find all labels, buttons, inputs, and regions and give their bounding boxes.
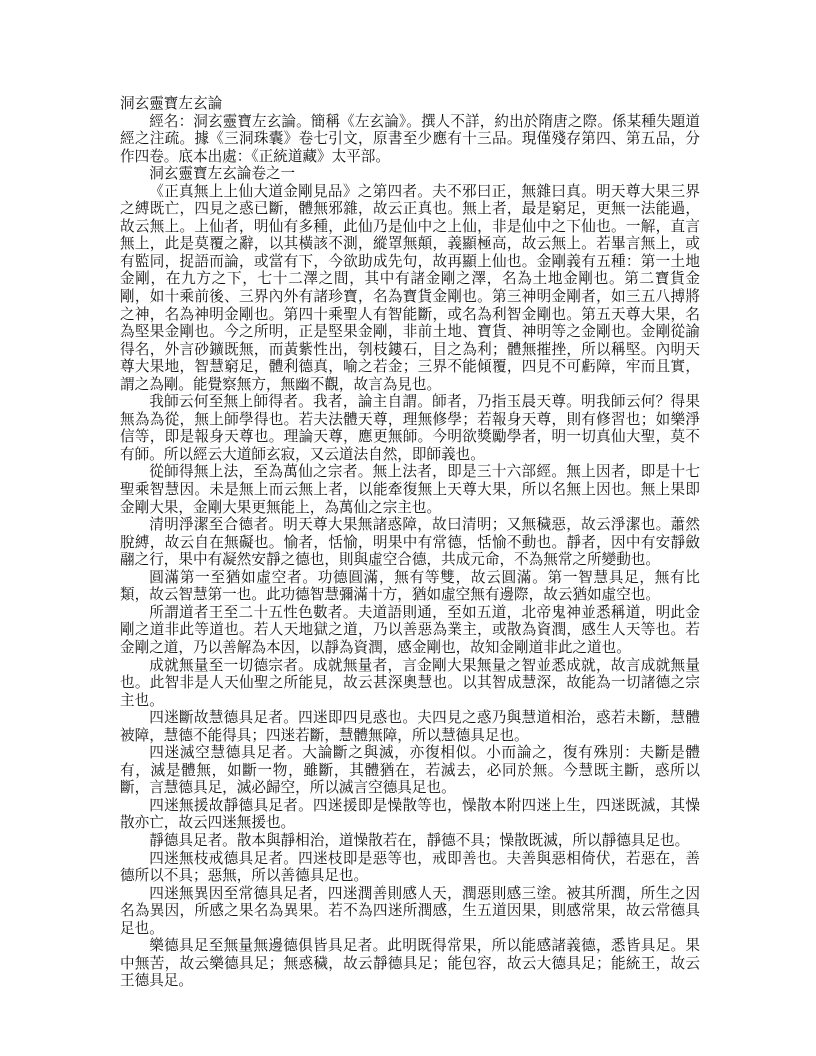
body-paragraph: 成就無量至一切德宗者。成就無量者，言金剛大果無量之智並悉成就，故言成就無量也。此… bbox=[120, 657, 700, 710]
body-paragraph: 所謂道者王至二十五性色數者。夫道語則通，至如五道，北帝鬼神並悉稱道，明此金剛之道… bbox=[120, 604, 700, 657]
body-paragraph: 樂德具足至無量無邊德俱皆具足者。此明既得常果，所以能感諸義德，悉皆具足。果中無苦… bbox=[120, 937, 700, 990]
body-paragraph: 四迷無援故靜德具足者。四迷援即是懆散等也，懆散本附四迷上生，四迷既滅，其懆散亦亡… bbox=[120, 797, 700, 832]
body-paragraph: 四迷滅空慧德具足者。大論斷之與滅，亦復相似。小而論之，復有殊別：夫斷是體有，滅是… bbox=[120, 744, 700, 797]
body-paragraph: 四迷斷故慧德具足者。四迷即四見惑也。夫四見之惑乃與慧道相治，惑若未斷，慧體被障，… bbox=[120, 709, 700, 744]
volume-heading: 洞玄靈寶左玄論卷之一 bbox=[120, 165, 700, 183]
intro-paragraph: 經名：洞玄靈寶左玄論。簡稱《左玄論》。撰人不詳，約出於隋唐之際。係某種失題道經之… bbox=[120, 113, 700, 166]
document-page: 洞玄靈寶左玄論 經名：洞玄靈寶左玄論。簡稱《左玄論》。撰人不詳，約出於隋唐之際。… bbox=[120, 95, 700, 990]
body-paragraph: 《正真無上上仙大道金剛見品》之第四者。夫不邪曰正，無雜曰真。明天尊大果三界之縛既… bbox=[120, 183, 700, 394]
body-paragraph: 圓滿第一至猶如虛空者。功德圓滿，無有等雙，故云圓滿。第一智慧具足，無有比類，故云… bbox=[120, 569, 700, 604]
body-paragraph: 清明淨潔至合德者。明天尊大果無諸惑障，故曰清明；又無穢惡，故云淨潔也。蕭然脫縛，… bbox=[120, 516, 700, 569]
body-paragraph: 從師得無上法，至為萬仙之宗者。無上法者，即是三十六部經。無上因者，即是十七聖乘智… bbox=[120, 463, 700, 516]
body-paragraph: 我師云何至無上師得者。我者，論主自謂。師者，乃指玉晨天尊。明我師云何？得果無為為… bbox=[120, 393, 700, 463]
document-title: 洞玄靈寶左玄論 bbox=[120, 95, 700, 113]
body-paragraph: 四迷無枝戒德具足者。四迷枝即是惡等也，戒即善也。夫善與惡相倚伏，若惡在，善德所以… bbox=[120, 850, 700, 885]
body-paragraph: 靜德具足者。散本與靜相治，道懆散若在，靜德不具；懆散既滅，所以靜德具足也。 bbox=[120, 832, 700, 850]
body-paragraph: 四迷無異因至常德具足者，四迷潤善則感人天，潤惡則感三塗。被其所潤，所生之因名為異… bbox=[120, 885, 700, 938]
